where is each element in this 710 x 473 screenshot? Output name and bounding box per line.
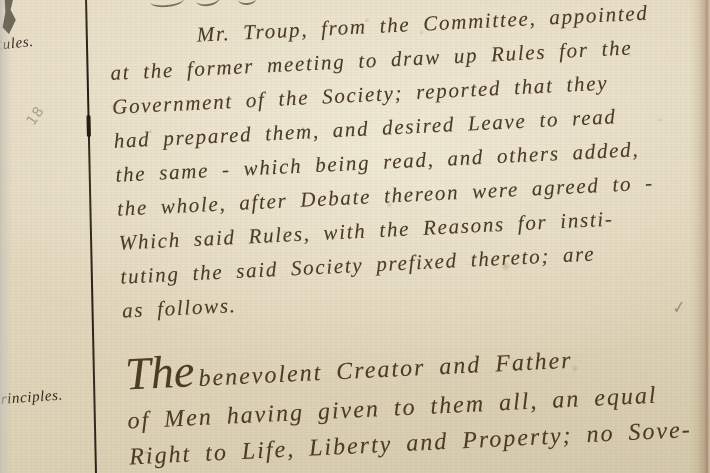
- manuscript-page: Rules. Principles. 18 ✓ Mr. Troup, from …: [0, 0, 710, 473]
- margin-rule-line: [85, 0, 97, 473]
- cutoff-stroke: [238, 0, 257, 6]
- ink-blot: [86, 115, 90, 137]
- manuscript-text: Mr. Troup, from the Committee, appointed…: [108, 0, 710, 473]
- cutoff-stroke: [149, 0, 184, 9]
- page-right-edge: [690, 0, 710, 473]
- opening-capital: The: [124, 345, 195, 399]
- pencil-number: 18: [24, 103, 48, 128]
- cutoff-stroke: [195, 0, 221, 8]
- page-left-edge: [0, 0, 12, 473]
